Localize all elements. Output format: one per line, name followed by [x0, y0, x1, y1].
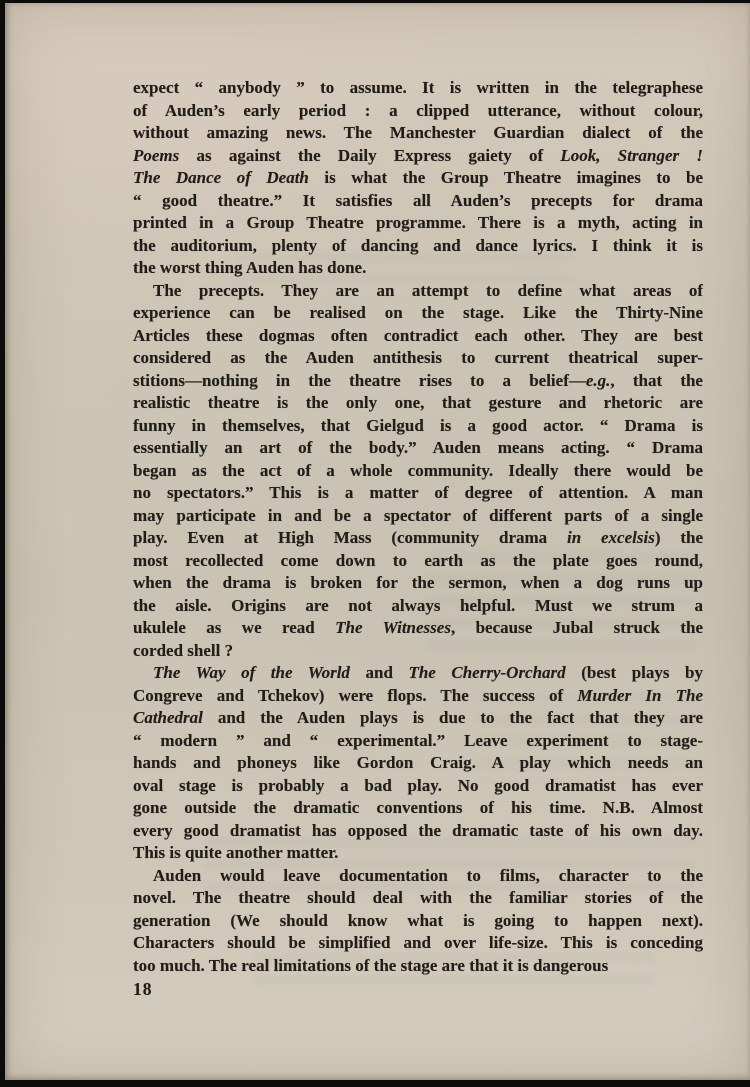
text-line: novel. The theatre should deal with the … — [133, 887, 703, 910]
text-line: may participate in and be a spectator of… — [133, 505, 703, 528]
text-segment: novel. The theatre should deal with the … — [133, 888, 703, 907]
text-line: hands and phoneys like Gordon Craig. A p… — [133, 752, 703, 775]
text-segment: “ good theatre.” It satisfies all Auden’… — [133, 191, 703, 210]
text-segment: , that the — [610, 371, 703, 390]
text-segment: expect “ anybody ” to assume. It is writ… — [133, 78, 703, 97]
text-segment: Characters should be simplified and over… — [133, 933, 703, 952]
text-segment: is what the Group Theatre imagines to be — [309, 168, 703, 187]
text-line: The Dance of Death is what the Group The… — [133, 167, 703, 190]
text-segment: without amazing news. The Manchester Gua… — [133, 123, 703, 142]
text-segment: ukulele as we read — [133, 618, 335, 637]
text-segment: realistic theatre is the only one, that … — [133, 393, 703, 412]
text-segment: The precepts. They are an attempt to def… — [153, 281, 703, 300]
text-segment: of Auden’s early period : a clipped utte… — [133, 101, 703, 120]
text-line: began as the act of a whole community. I… — [133, 460, 703, 483]
paragraph: The Way of the World and The Cherry-Orch… — [133, 662, 703, 865]
text-line: corded shell ? — [133, 640, 703, 663]
text-segment: and the Auden plays is due to the fact t… — [203, 708, 703, 727]
text-segment: generation (We should know what is going… — [133, 911, 703, 930]
text-segment: as against the Daily Express gaiety of — [179, 146, 560, 165]
italic-text-segment: The Dance of Death — [133, 168, 309, 187]
paragraph: expect “ anybody ” to assume. It is writ… — [133, 77, 703, 280]
paragraph: Auden would leave documentation to films… — [133, 865, 703, 978]
text-segment: This is quite another matter. — [133, 843, 338, 862]
text-line: “ modern ” and “ experimental.” Leave ex… — [133, 730, 703, 753]
text-segment: considered as the Auden antithesis to cu… — [133, 348, 703, 367]
text-segment: essentially an art of the body.” Auden m… — [133, 438, 703, 457]
text-line: the aisle. Origins are not always helpfu… — [133, 595, 703, 618]
text-segment: no spectators.” This is a matter of degr… — [133, 483, 703, 502]
text-line: The precepts. They are an attempt to def… — [133, 280, 703, 303]
text-segment: experience can be realised on the stage.… — [133, 303, 703, 322]
text-line: no spectators.” This is a matter of degr… — [133, 482, 703, 505]
text-line: This is quite another matter. — [133, 842, 703, 865]
text-line: expect “ anybody ” to assume. It is writ… — [133, 77, 703, 100]
text-line: without amazing news. The Manchester Gua… — [133, 122, 703, 145]
text-line: Congreve and Tchekov) were flops. The su… — [133, 685, 703, 708]
text-segment: Congreve and Tchekov) were flops. The su… — [133, 686, 577, 705]
text-line: the auditorium, plenty of dancing and da… — [133, 235, 703, 258]
text-segment: corded shell ? — [133, 641, 233, 660]
text-segment: gone outside the dramatic conventions of… — [133, 798, 703, 817]
page-paper: expect “ anybody ” to assume. It is writ… — [5, 3, 750, 1080]
italic-text-segment: The Way of the World — [153, 663, 350, 682]
text-line: experience can be realised on the stage.… — [133, 302, 703, 325]
text-line: Characters should be simplified and over… — [133, 932, 703, 955]
text-segment: the aisle. Origins are not always helpfu… — [133, 596, 703, 615]
text-segment: play. Even at High Mass (community drama — [133, 528, 567, 547]
italic-text-segment: The Witnesses — [335, 618, 451, 637]
text-line: realistic theatre is the only one, that … — [133, 392, 703, 415]
text-segment: stitions—nothing in the theatre rises to… — [133, 371, 586, 390]
italic-text-segment: Cathedral — [133, 708, 203, 727]
text-line: every good dramatist has opposed the dra… — [133, 820, 703, 843]
text-segment: oval stage is probably a bad play. No go… — [133, 776, 703, 795]
text-segment: when the drama is broken for the sermon,… — [133, 573, 703, 592]
text-line: essentially an art of the body.” Auden m… — [133, 437, 703, 460]
italic-text-segment: Poems — [133, 146, 179, 165]
text-segment: hands and phoneys like Gordon Craig. A p… — [133, 753, 703, 772]
text-segment: printed in a Group Theatre programme. Th… — [133, 213, 703, 232]
text-segment: every good dramatist has opposed the dra… — [133, 821, 703, 840]
text-segment: most recollected come down to earth as t… — [133, 551, 703, 570]
page-text-block: expect “ anybody ” to assume. It is writ… — [133, 77, 703, 977]
text-segment: began as the act of a whole community. I… — [133, 461, 703, 480]
text-line: Auden would leave documentation to films… — [133, 865, 703, 888]
text-line: The Way of the World and The Cherry-Orch… — [133, 662, 703, 685]
text-line: gone outside the dramatic conventions of… — [133, 797, 703, 820]
text-line: of Auden’s early period : a clipped utte… — [133, 100, 703, 123]
text-line: generation (We should know what is going… — [133, 910, 703, 933]
italic-text-segment: Look, Stranger ! — [560, 146, 703, 165]
text-segment: may participate in and be a spectator of… — [133, 506, 703, 525]
text-line: “ good theatre.” It satisfies all Auden’… — [133, 190, 703, 213]
text-line: ukulele as we read The Witnesses, becaus… — [133, 617, 703, 640]
text-segment: (best plays by — [566, 663, 703, 682]
text-line: Cathedral and the Auden plays is due to … — [133, 707, 703, 730]
italic-text-segment: in excelsis — [567, 528, 655, 547]
italic-text-segment: The Cherry-Orchard — [408, 663, 565, 682]
text-segment: too much. The real limitations of the st… — [133, 956, 608, 975]
text-segment: the auditorium, plenty of dancing and da… — [133, 236, 703, 255]
text-segment: and — [350, 663, 409, 682]
italic-text-segment: e.g. — [586, 371, 611, 390]
text-line: most recollected come down to earth as t… — [133, 550, 703, 573]
page-number: 18 — [133, 979, 153, 1000]
text-line: oval stage is probably a bad play. No go… — [133, 775, 703, 798]
text-segment: ) the — [655, 528, 703, 547]
text-line: too much. The real limitations of the st… — [133, 955, 703, 978]
text-line: when the drama is broken for the sermon,… — [133, 572, 703, 595]
text-line: funny in themselves, that Gielgud is a g… — [133, 415, 703, 438]
text-segment: Auden would leave documentation to films… — [153, 866, 703, 885]
text-line: printed in a Group Theatre programme. Th… — [133, 212, 703, 235]
scanned-page: expect “ anybody ” to assume. It is writ… — [0, 0, 750, 1087]
text-segment: “ modern ” and “ experimental.” Leave ex… — [133, 731, 703, 750]
text-segment: Articles these dogmas often contradict e… — [133, 326, 703, 345]
text-line: play. Even at High Mass (community drama… — [133, 527, 703, 550]
text-line: Articles these dogmas often contradict e… — [133, 325, 703, 348]
text-line: considered as the Auden antithesis to cu… — [133, 347, 703, 370]
text-segment: the worst thing Auden has done. — [133, 258, 366, 277]
text-line: stitions—nothing in the theatre rises to… — [133, 370, 703, 393]
text-line: the worst thing Auden has done. — [133, 257, 703, 280]
paragraph: The precepts. They are an attempt to def… — [133, 280, 703, 663]
text-line: Poems as against the Daily Express gaiet… — [133, 145, 703, 168]
text-segment: funny in themselves, that Gielgud is a g… — [133, 416, 703, 435]
text-segment: , because Jubal struck the — [451, 618, 703, 637]
italic-text-segment: Murder In The — [577, 686, 703, 705]
